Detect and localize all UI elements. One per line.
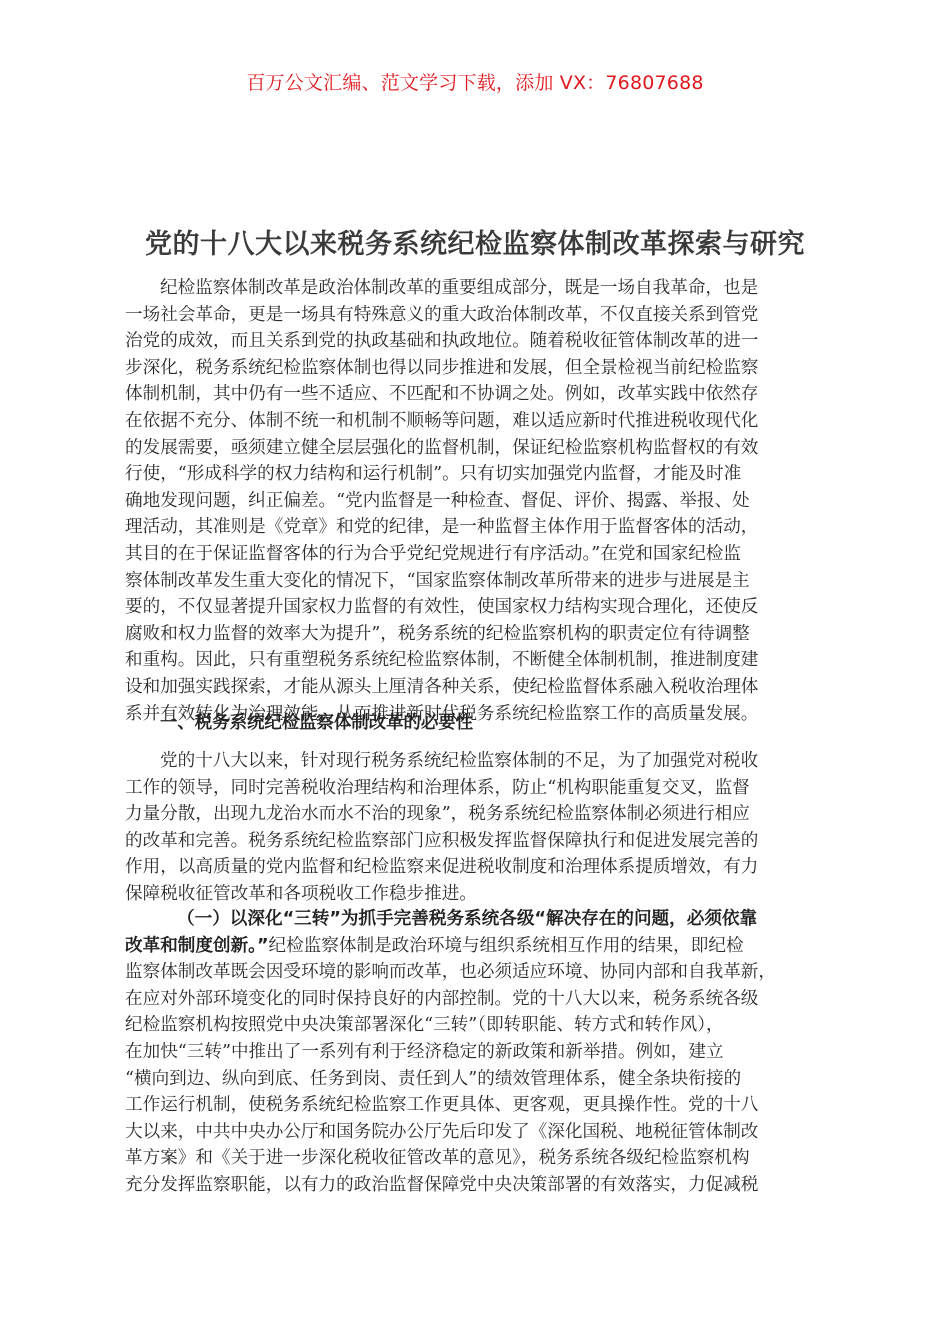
text-line: 力量分散，出现九龙治水而水不治的现象”，税务系统纪检监察体制必须进行相应: [125, 801, 825, 828]
text-line: 纪检监察体制改革是政治体制改革的重要组成部分，既是一场自我革命，也是: [125, 275, 825, 302]
text-line: 其目的在于保证监督客体的行为合乎党纪党规进行有序活动。”在党和国家纪检监: [125, 541, 825, 568]
text-line: 在依据不充分、体制不统一和机制不顺畅等问题，难以适应新时代推进税收现代化: [125, 408, 825, 435]
text-line: 一场社会革命，更是一场具有特殊意义的重大政治体制改革，不仅直接关系到管党: [125, 302, 825, 329]
text-line: 工作运行机制，使税务系统纪检监察工作更具体、更客观，更具操作性。党的十八: [125, 1092, 825, 1119]
text-line: 要的，不仅显著提升国家权力监督的有效性，使国家权力结构实现合理化，还使反: [125, 594, 825, 621]
text-line: 工作的领导，同时完善税收治理结构和治理体系，防止“机构职能重复交叉，监督: [125, 775, 825, 802]
text-span: 纪检监察体制是政治环境与组织系统相互作用的结果，即纪检: [269, 936, 744, 956]
section-heading: 一、税务系统纪检监察体制改革的必要性: [125, 710, 825, 737]
text-line: 和重构。因此，只有重塑税务系统纪检监察体制，不断健全体制机制，推进制度建: [125, 647, 825, 674]
section-heading-block: 一、税务系统纪检监察体制改革的必要性: [125, 710, 825, 737]
subsection-heading: （一）以深化“三转”为抓手完善税务系统各级“解决存在的问题，必须依靠: [125, 906, 825, 933]
text-line: 治党的成效，而且关系到党的执政基础和执政地位。随着税收征管体制改革的进一: [125, 328, 825, 355]
text-line: 的改革和完善。税务系统纪检监察部门应积极发挥监督保障执行和促进发展完善的: [125, 828, 825, 855]
text-line: 的发展需要，亟须建立健全层层强化的监督机制，保证纪检监察机构监督权的有效: [125, 435, 825, 462]
text-line: 在加快“三转”中推出了一系列有利于经济稳定的新政策和新举措。例如，建立: [125, 1039, 825, 1066]
text-line: “横向到边、纵向到底、任务到岗、责任到人”的绩效管理体系，健全条块衔接的: [125, 1066, 825, 1093]
text-line: 行使，“形成科学的权力结构和运行机制”。只有切实加强党内监督，才能及时准: [125, 461, 825, 488]
subsection1-paragraph: （一）以深化“三转”为抓手完善税务系统各级“解决存在的问题，必须依靠 改革和制度…: [125, 906, 825, 1199]
document-page: 百万公文汇编、范文学习下载，添加 VX：76807688 党的十八大以来税务系统…: [0, 0, 950, 1344]
intro-paragraph: 纪检监察体制改革是政治体制改革的重要组成部分，既是一场自我革命，也是 一场社会革…: [125, 275, 825, 727]
text-line: 腐败和权力监督的效率大为提升”，税务系统的纪检监察机构的职责定位有待调整: [125, 621, 825, 648]
text-line: 作用，以高质量的党内监督和纪检监察来促进税收制度和治理体系提质增效，有力: [125, 854, 825, 881]
section1-paragraph: 党的十八大以来，针对现行税务系统纪检监察体制的不足，为了加强党对税收 工作的领导…: [125, 748, 825, 908]
text-line: 察体制改革发生重大变化的情况下，“国家监察体制改革所带来的进步与进展是主: [125, 568, 825, 595]
text-line: 体制机制，其中仍有一些不适应、不匹配和不协调之处。例如，改革实践中依然存: [125, 381, 825, 408]
document-title: 党的十八大以来税务系统纪检监察体制改革探索与研究: [0, 222, 950, 261]
text-line: 理活动，其准则是《党章》和党的纪律，是一种监督主体作用于监督客体的活动，: [125, 514, 825, 541]
text-line: 保障税收征管改革和各项税收工作稳步推进。: [125, 881, 825, 908]
text-line: 步深化，税务系统纪检监察体制也得以同步推进和发展，但全景检视当前纪检监察: [125, 355, 825, 382]
watermark-banner: 百万公文汇编、范文学习下载，添加 VX：76807688: [0, 68, 950, 95]
text-line: 党的十八大以来，针对现行税务系统纪检监察体制的不足，为了加强党对税收: [125, 748, 825, 775]
text-line: 改革和制度创新。”纪检监察体制是政治环境与组织系统相互作用的结果，即纪检: [125, 933, 825, 960]
subsection-heading-continued: 改革和制度创新。”: [125, 936, 269, 956]
text-line: 设和加强实践探索，才能从源头上厘清各种关系，使纪检监督体系融入税收治理体: [125, 674, 825, 701]
text-line: 大以来，中共中央办公厅和国务院办公厅先后印发了《深化国税、地税征管体制改: [125, 1119, 825, 1146]
text-line: 充分发挥监察职能，以有力的政治监督保障党中央决策部署的有效落实，力促减税: [125, 1172, 825, 1199]
text-line: 纪检监察机构按照党中央决策部署深化“三转”（即转职能、转方式和转作风），: [125, 1012, 825, 1039]
text-line: 确地发现问题，纠正偏差。“党内监督是一种检查、督促、评价、揭露、举报、处: [125, 488, 825, 515]
text-line: 革方案》和《关于进一步深化税收征管改革的意见》，税务系统各级纪检监察机构: [125, 1145, 825, 1172]
text-line: 在应对外部环境变化的同时保持良好的内部控制。党的十八大以来，税务系统各级: [125, 986, 825, 1013]
text-line: 监察体制改革既会因受环境的影响而改革，也必须适应环境、协同内部和自我革新，: [125, 959, 825, 986]
